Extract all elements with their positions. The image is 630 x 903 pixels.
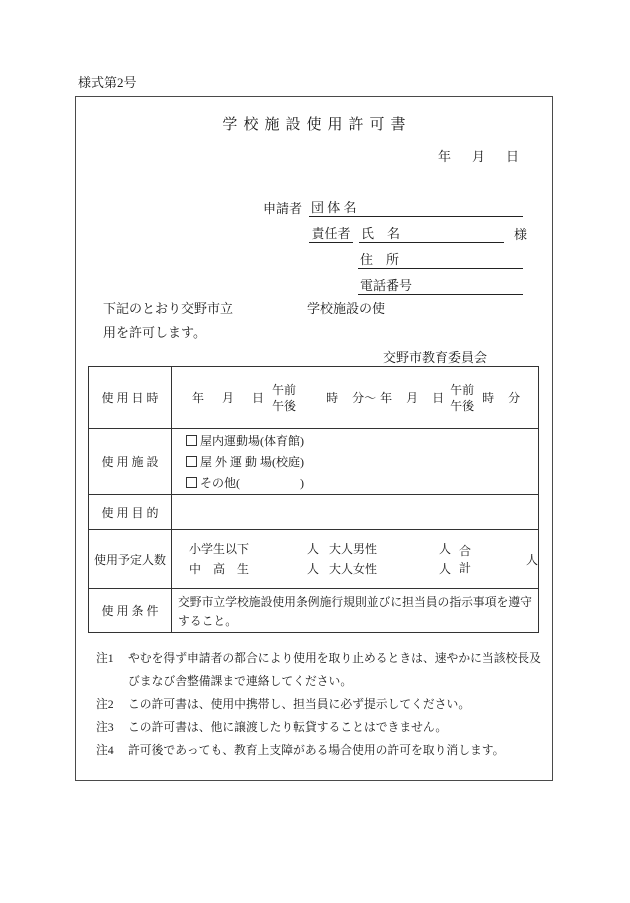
dt-year1: 年	[192, 389, 204, 406]
note-text: この許可書は、他に譲渡したり転貸することはできません。	[128, 716, 552, 739]
applicant-section: 申請者 団 体 名 責任者 氏 名 様 住 所 電話番号	[263, 191, 552, 295]
note-item: 注4 許可後であっても、教育上支障がある場合使用の許可を取り消します。	[96, 739, 552, 762]
person-name-label: 氏 名	[361, 226, 400, 241]
dt-pm2: 午後	[450, 398, 474, 414]
note-label: 注4	[96, 739, 128, 762]
statement-prefix: 下記のとおり交野市立	[103, 301, 233, 316]
applicant-group-row: 申請者 団 体 名	[263, 191, 552, 217]
conditions-text: 交野市立学校施設使用条例施行規則並びに担当員の指示事項を遵守すること。	[172, 589, 538, 631]
notes-section: 注1 やむを得ず申請者の都合により使用を取り止めるときは、速やかに当該校長及びま…	[96, 647, 552, 762]
dt-minute2: 分	[508, 389, 520, 406]
permit-table: 使 用 日 時 年 月 日 午前 午後 時 分～ 年 月 日	[88, 366, 539, 633]
dt-hour1: 時	[326, 389, 338, 406]
date-day-label: 日	[506, 146, 519, 165]
facility-option: その他( )	[186, 473, 538, 494]
hc-elementary-unit: 人	[307, 539, 319, 559]
datetime-row-label: 使 用 日 時	[89, 367, 172, 428]
hc-total-unit: 人	[526, 551, 538, 568]
facility-row-content: 屋内運動場(体育館) 屋 外 運 動 場(校庭) その他( )	[172, 429, 538, 494]
person-name-field[interactable]: 氏 名	[359, 223, 504, 243]
dt-hour2: 時	[482, 389, 494, 406]
applicant-phone-row: 電話番号	[263, 269, 552, 295]
statement-line2: 用を許可します。	[103, 321, 552, 345]
table-row-facility: 使 用 施 設 屋内運動場(体育館) 屋 外 運 動 場(校庭) その他( )	[89, 429, 538, 495]
datetime-line: 年 月 日 午前 午後 時 分～ 年 月 日 午前	[172, 367, 538, 428]
note-text: 許可後であっても、教育上支障がある場合使用の許可を取り消します。	[128, 739, 552, 762]
dt-ampm1: 午前 午後	[272, 382, 296, 414]
note-item: 注2 この許可書は、使用中携帯し、担当員に必ず提示してください。	[96, 693, 552, 716]
title-char: 設	[285, 117, 300, 133]
facility-option: 屋内運動場(体育館)	[186, 431, 538, 452]
note-label: 注2	[96, 693, 128, 716]
checkbox-icon[interactable]	[186, 477, 197, 488]
hc-adult-female-unit: 人	[439, 559, 451, 579]
dt-month2: 月	[406, 389, 418, 406]
datetime-row-content: 年 月 日 午前 午後 時 分～ 年 月 日 午前	[172, 367, 538, 428]
dt-day1: 日	[252, 389, 264, 406]
headcount-row-label: 使用予定人数	[89, 530, 172, 588]
applicant-label: 申請者	[263, 198, 309, 217]
permission-statement: 下記のとおり交野市立学校施設の使 用を許可します。	[103, 297, 552, 345]
facility-option: 屋 外 運 動 場(校庭)	[186, 452, 538, 473]
issue-date-line: 年 月 日	[76, 146, 552, 165]
honorific-label: 様	[514, 224, 527, 243]
purpose-row-label: 使 用 目 的	[89, 495, 172, 529]
group-name-field[interactable]: 団 体 名	[309, 197, 523, 217]
address-field[interactable]: 住 所	[358, 249, 523, 269]
headcount-lines: 小学生以下 人 大人男性 人 中 高 生 人 大人女性 人	[189, 539, 451, 579]
headcount-line1: 小学生以下 人 大人男性 人	[189, 539, 451, 559]
title-char: 用	[328, 117, 343, 133]
phone-label: 電話番号	[360, 278, 412, 293]
hc-teen-unit: 人	[307, 559, 319, 579]
manager-label: 責任者	[309, 223, 353, 243]
dt-ampm2: 午前 午後	[450, 382, 474, 414]
table-row-purpose: 使 用 目 的	[89, 495, 538, 530]
applicant-address-row: 住 所	[263, 243, 552, 269]
statement-line1: 下記のとおり交野市立学校施設の使	[103, 297, 552, 321]
title-char: 校	[243, 117, 258, 133]
form-number: 様式第2号	[78, 72, 137, 91]
address-label: 住 所	[360, 252, 399, 267]
facility-option-label: 屋内運動場(体育館)	[200, 434, 304, 448]
headcount-row-content: 小学生以下 人 大人男性 人 中 高 生 人 大人女性 人	[172, 530, 538, 588]
document-title: 学校施設使用許可書	[76, 113, 552, 134]
dt-day2: 日	[432, 389, 444, 406]
headcount-layout: 小学生以下 人 大人男性 人 中 高 生 人 大人女性 人	[172, 530, 538, 588]
group-name-label: 団 体 名	[311, 200, 357, 215]
table-row-datetime: 使 用 日 時 年 月 日 午前 午後 時 分～ 年 月 日	[89, 367, 538, 429]
title-char: 可	[370, 117, 385, 133]
dt-pm1: 午後	[272, 398, 296, 414]
note-item: 注3 この許可書は、他に譲渡したり転貸することはできません。	[96, 716, 552, 739]
purpose-row-content[interactable]	[172, 495, 538, 529]
hc-adult-female-label: 大人女性	[329, 559, 381, 579]
conditions-row-content: 交野市立学校施設使用条例施行規則並びに担当員の指示事項を遵守すること。	[172, 589, 538, 632]
phone-field[interactable]: 電話番号	[358, 275, 523, 295]
permit-document-frame: 学校施設使用許可書 年 月 日 申請者 団 体 名 責任者 氏 名 様 住 所	[75, 96, 553, 781]
dt-minute1: 分～	[352, 389, 376, 406]
dt-am2: 午前	[450, 382, 474, 398]
note-label: 注1	[96, 647, 128, 693]
facility-option-label: その他( )	[200, 476, 304, 490]
note-text: この許可書は、使用中携帯し、担当員に必ず提示してください。	[128, 693, 552, 716]
dt-am1: 午前	[272, 382, 296, 398]
title-char: 許	[349, 117, 364, 133]
title-char: 施	[264, 117, 279, 133]
facility-row-label: 使 用 施 設	[89, 429, 172, 494]
note-item: 注1 やむを得ず申請者の都合により使用を取り止めるときは、速やかに当該校長及びま…	[96, 647, 552, 693]
hc-adult-male-unit: 人	[439, 539, 451, 559]
title-char: 使	[306, 117, 321, 133]
applicant-name-row: 責任者 氏 名 様	[263, 217, 552, 243]
table-row-conditions: 使 用 条 件 交野市立学校施設使用条例施行規則並びに担当員の指示事項を遵守する…	[89, 589, 538, 632]
hc-elementary-label: 小学生以下	[189, 539, 255, 559]
date-year-label: 年	[438, 146, 451, 165]
dt-year2: 年	[380, 389, 392, 406]
title-char: 学	[222, 117, 237, 133]
statement-suffix: 学校施設の使	[307, 301, 385, 316]
issuer-name: 交野市教育委員会	[383, 347, 552, 365]
facility-options: 屋内運動場(体育館) 屋 外 運 動 場(校庭) その他( )	[172, 429, 538, 494]
checkbox-icon[interactable]	[186, 456, 197, 467]
hc-total-label: 合 計	[459, 542, 482, 576]
facility-option-label: 屋 外 運 動 場(校庭)	[200, 455, 304, 469]
title-char: 書	[391, 117, 406, 133]
headcount-line2: 中 高 生 人 大人女性 人	[189, 559, 451, 579]
table-row-headcount: 使用予定人数 小学生以下 人 大人男性 人 中 高 生	[89, 530, 538, 589]
hc-teen-label: 中 高 生	[189, 559, 255, 579]
hc-adult-male-label: 大人男性	[329, 539, 381, 559]
dt-month1: 月	[222, 389, 234, 406]
document-page: 様式第2号 学校施設使用許可書 年 月 日 申請者 団 体 名 責任者 氏 名 …	[0, 0, 630, 903]
checkbox-icon[interactable]	[186, 435, 197, 446]
date-month-label: 月	[472, 146, 485, 165]
note-label: 注3	[96, 716, 128, 739]
conditions-row-label: 使 用 条 件	[89, 589, 172, 632]
note-text: やむを得ず申請者の都合により使用を取り止めるときは、速やかに当該校長及びまなび舎…	[128, 647, 552, 693]
